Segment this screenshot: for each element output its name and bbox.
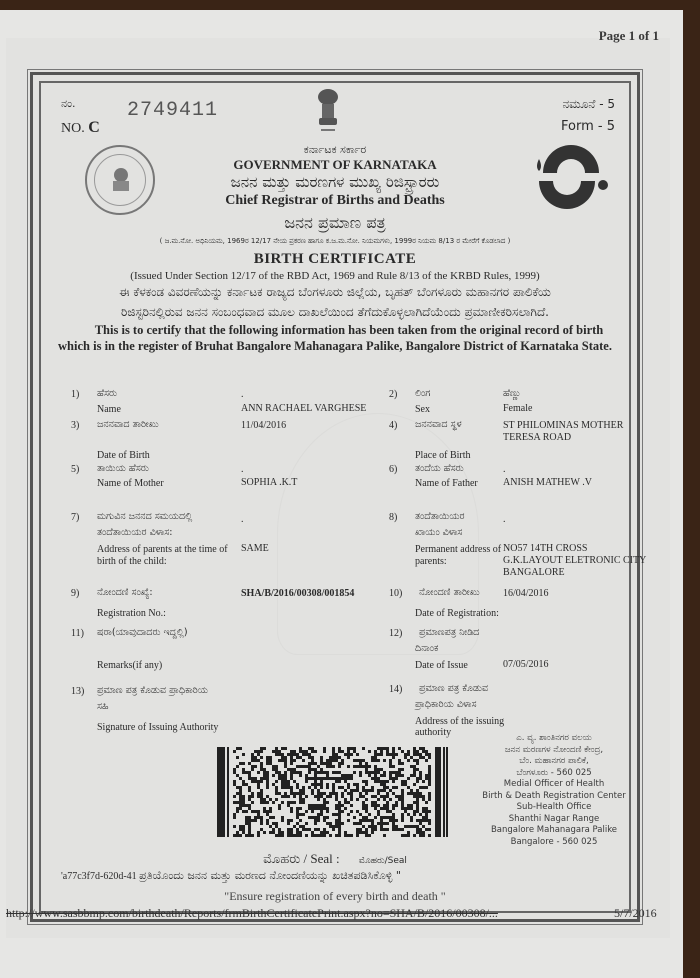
field-13-label: Signature of Issuing Authority bbox=[97, 721, 218, 734]
ensure-registration-slogan: "Ensure registration of every birth and … bbox=[41, 889, 629, 904]
number-label-kn: ನಂ. bbox=[61, 97, 76, 111]
field-14-label-kn-1: ಪ್ರಮಾಣ ಪತ್ರ ಕೊಡುವ bbox=[419, 683, 488, 694]
father-name-value: ANISH MATHEW .V bbox=[503, 477, 592, 488]
national-emblem-icon bbox=[313, 87, 343, 135]
stamp-line: ಎ. ವ್ಯ. ಶಾಂತಿನಗರ ವಲಯ bbox=[469, 733, 639, 745]
field-5-number: 5) bbox=[71, 463, 79, 476]
certify-text-1: This is to certify that the following in… bbox=[41, 323, 629, 338]
field-4-label-kn: ಜನನವಾದ ಸ್ಥಳ bbox=[415, 419, 462, 430]
print-url: http://www.sasbbmp.com/birthdeath/Report… bbox=[6, 906, 498, 921]
field-4-label: Place of Birth bbox=[415, 449, 471, 462]
certify-text-kn-1: ಈ ಕೆಳಕಂಡ ವಿವರಣೆಯನ್ನು ಕರ್ನಾಟಕ ರಾಜ್ಯದ ಬೆಂಗ… bbox=[41, 285, 629, 300]
field-2-label-kn: ಲಿಂಗ bbox=[415, 388, 430, 399]
stamp-line: ಬೆಂ. ಮಹಾನಗರ ಪಾಲಿಕೆ, bbox=[469, 756, 639, 768]
act-reference-kn: ( ಜ.ಮ.ನೋ. ಅಧಿನಿಯಮ, 1969ರ 12/17 ನೇಯ ಪ್ರಕರ… bbox=[41, 237, 629, 246]
form-label-kn: ನಮೂನೆ - 5 bbox=[563, 97, 616, 112]
date-of-issue-value: 07/05/2016 bbox=[503, 659, 549, 670]
field-4-number: 4) bbox=[389, 419, 397, 432]
field-5-label-kn: ತಾಯಿಯ ಹೆಸರು bbox=[97, 463, 149, 474]
field-9-number: 9) bbox=[71, 587, 79, 600]
stamp-line: Birth & Death Registration Center bbox=[469, 791, 639, 803]
field-1-dot: . bbox=[241, 389, 244, 400]
field-7-label-kn-1: ಮಗುವಿನ ಜನನದ ಸಮಯದಲ್ಲಿ bbox=[97, 511, 192, 522]
child-name-value: ANN RACHAEL VARGHESE bbox=[241, 403, 366, 414]
field-10-label-kn: ನೋಂದಣಿ ತಾರೀಖು bbox=[419, 587, 480, 598]
permanent-address-line-2: G.K.LAYOUT ELETRONIC CITY bbox=[503, 555, 646, 566]
field-8-label-kn-2: ಖಾಯಂ ವಿಳಾಸ bbox=[415, 527, 462, 538]
gov-title: GOVERNMENT OF KARNATAKA bbox=[41, 157, 629, 173]
certificate-paper: Page 1 of 1 ನಂ. NO. C 2749411 ನಮೂನೆ - 5 … bbox=[0, 10, 683, 978]
stamp-line: Bangalore - 560 025 bbox=[469, 837, 639, 849]
seal-separator: / bbox=[300, 851, 310, 866]
field-6-label: Name of Father bbox=[415, 477, 478, 490]
field-9-label: Registration No.: bbox=[97, 607, 166, 620]
gov-title-kn: ಕರ್ನಾಟಕ ಸರ್ಕಾರ bbox=[41, 143, 629, 157]
field-2-label: Sex bbox=[415, 403, 430, 416]
field-5-dot: . bbox=[241, 464, 244, 475]
field-14-label-2: authority bbox=[415, 726, 451, 739]
field-8-label-kn-1: ತಂದೆತಾಯಿಯರ bbox=[415, 511, 465, 522]
stamp-line: Sub-Health Office bbox=[469, 802, 639, 814]
page-indicator: Page 1 of 1 bbox=[599, 28, 659, 44]
seal-label: Seal : bbox=[310, 851, 339, 866]
number-label: NO. C bbox=[61, 119, 100, 137]
field-7-number: 7) bbox=[71, 511, 79, 524]
certificate-body: ನಂ. NO. C 2749411 ನಮೂನೆ - 5 Form - 5 bbox=[39, 81, 631, 913]
field-2-number: 2) bbox=[389, 388, 397, 401]
registration-date-value: 16/04/2016 bbox=[503, 588, 549, 599]
permanent-address-line-1: NO57 14TH CROSS bbox=[503, 543, 587, 554]
field-11-number: 11) bbox=[71, 627, 84, 640]
field-6-dot: . bbox=[503, 464, 506, 475]
field-11-label: Remarks(if any) bbox=[97, 659, 162, 672]
stamp-line: Bangalore Mahanagara Palike bbox=[469, 825, 639, 837]
issuing-authority-stamp: ಎ. ವ್ಯ. ಶಾಂತಿನಗರ ವಲಯಜನನ ಮರಣಗಳ ನೋಂದಣಿ ಕೇಂ… bbox=[469, 733, 639, 848]
field-14-number: 14) bbox=[389, 683, 402, 696]
field-7-dot: . bbox=[241, 514, 244, 525]
certify-text-2: which is in the register of Bruhat Banga… bbox=[41, 339, 629, 354]
field-1-label-kn: ಹೆಸರು bbox=[97, 388, 117, 399]
field-14-label-kn-2: ಪ್ರಾಧಿಕಾರಿಯ ವಿಳಾಸ bbox=[415, 699, 477, 710]
certify-text-kn-2: ರಿಜಿಸ್ಟರಿನಲ್ಲಿರುವ ಜನನ ಸಂಬಂಧವಾದ ಮೂಲ ದಾಖಲೆ… bbox=[41, 305, 629, 320]
guid-kn-text: ಪ್ರತಿಯೊಂದು ಜನನ ಮತ್ತು ಮರಣದ ನೋಂದಣಿಯನ್ನು ಖಚ… bbox=[139, 869, 401, 882]
sex-value: Female bbox=[503, 403, 532, 414]
field-9-label-kn: ನೋಂದಣಿ ಸಂಖ್ಯೆ: bbox=[97, 587, 153, 598]
certificate-title-kn: ಜನನ ಪ್ರಮಾಣ ಪತ್ರ bbox=[41, 213, 629, 233]
date-of-birth-value: 11/04/2016 bbox=[241, 420, 286, 431]
seal-label-kn: ಮೊಹರು bbox=[263, 852, 300, 867]
field-6-number: 6) bbox=[389, 463, 397, 476]
field-8-number: 8) bbox=[389, 511, 397, 524]
birth-address-value: SAME bbox=[241, 543, 269, 554]
mother-name-value: SOPHIA .K.T bbox=[241, 477, 297, 488]
guid-prefix: 'a77c3f7d-620d-41 bbox=[61, 871, 137, 882]
place-of-birth-line-1: ST PHILOMINAS MOTHER bbox=[503, 420, 623, 431]
stamp-line: ಜನನ ಮರಣಗಳ ನೋಂದಣಿ ಕೇಂದ್ರ, bbox=[469, 745, 639, 757]
field-8-label-2: parents: bbox=[415, 555, 447, 568]
field-8-dot: . bbox=[503, 514, 506, 525]
field-3-number: 3) bbox=[71, 419, 79, 432]
field-12-label-kn-2: ದಿನಾಂಕ bbox=[415, 643, 438, 654]
field-1-number: 1) bbox=[71, 388, 79, 401]
certificate-border: ನಂ. NO. C 2749411 ನಮೂನೆ - 5 Form - 5 bbox=[30, 72, 640, 922]
registrar-title: Chief Registrar of Births and Deaths bbox=[41, 193, 629, 209]
field-3-label-kn: ಜನನವಾದ ತಾರೀಖು bbox=[97, 419, 159, 430]
2d-barcode bbox=[217, 747, 449, 837]
field-6-label-kn: ತಂದೆಯ ಹೆಸರು bbox=[415, 463, 464, 474]
guid-line: 'a77c3f7d-620d-41 ಪ್ರತಿಯೊಂದು ಜನನ ಮತ್ತು ಮ… bbox=[61, 869, 401, 883]
field-10-number: 10) bbox=[389, 587, 402, 600]
field-5-label: Name of Mother bbox=[97, 477, 164, 490]
certificate-number: 2749411 bbox=[127, 99, 218, 122]
field-13-label-kn-1: ಪ್ರಮಾಣ ಪತ್ರ ಕೊಡುವ ಪ್ರಾಧಿಕಾರಿಯ bbox=[97, 685, 208, 696]
issued-under-text: (Issued Under Section 12/17 of the RBD A… bbox=[41, 270, 629, 282]
field-13-number: 13) bbox=[71, 685, 84, 698]
seal-line: ಮೊಹರು / Seal : ಮೊಹರು/Seal bbox=[41, 851, 629, 867]
stamp-line: Medial Officer of Health bbox=[469, 779, 639, 791]
field-3-label: Date of Birth bbox=[97, 449, 150, 462]
stamp-line: ಬೆಂಗಳೂರು - 560 025 bbox=[469, 768, 639, 780]
sex-value-kn: ಹೆಣ್ಣು bbox=[503, 388, 521, 399]
field-13-label-kn-2: ಸಹಿ bbox=[97, 701, 109, 712]
field-11-label-kn: ಷರಾ(ಯಾವುದಾದರು ಇದ್ದಲ್ಲಿ) bbox=[97, 627, 188, 638]
field-12-label-kn-1: ಪ್ರಮಾಣಪತ್ರ ನೀಡಿದ bbox=[419, 627, 479, 638]
registration-number-value: SHA/B/2016/00308/001854 bbox=[241, 588, 354, 599]
seal-label-small: ಮೊಹರು/Seal bbox=[359, 856, 407, 866]
place-of-birth-line-2: TERESA ROAD bbox=[503, 432, 571, 443]
field-7-label-kn-2: ತಂದೆತಾಯಿಯರ ವಿಳಾಸ: bbox=[97, 527, 172, 538]
field-12-number: 12) bbox=[389, 627, 402, 640]
field-7-label-2: birth of the child: bbox=[97, 555, 167, 568]
field-12-label: Date of Issue bbox=[415, 659, 468, 672]
stamp-line: Shanthi Nagar Range bbox=[469, 814, 639, 826]
permanent-address-line-3: BANGALORE bbox=[503, 567, 565, 578]
print-date: 5/7/2016 bbox=[614, 906, 657, 921]
field-1-label: Name bbox=[97, 403, 121, 416]
field-10-label: Date of Registration: bbox=[415, 607, 499, 620]
registrar-title-kn: ಜನನ ಮತ್ತು ಮರಣಗಳ ಮುಖ್ಯ ರಿಜಿಸ್ಟ್ರಾರರು bbox=[41, 173, 629, 191]
certificate-title: BIRTH CERTIFICATE bbox=[41, 251, 629, 268]
